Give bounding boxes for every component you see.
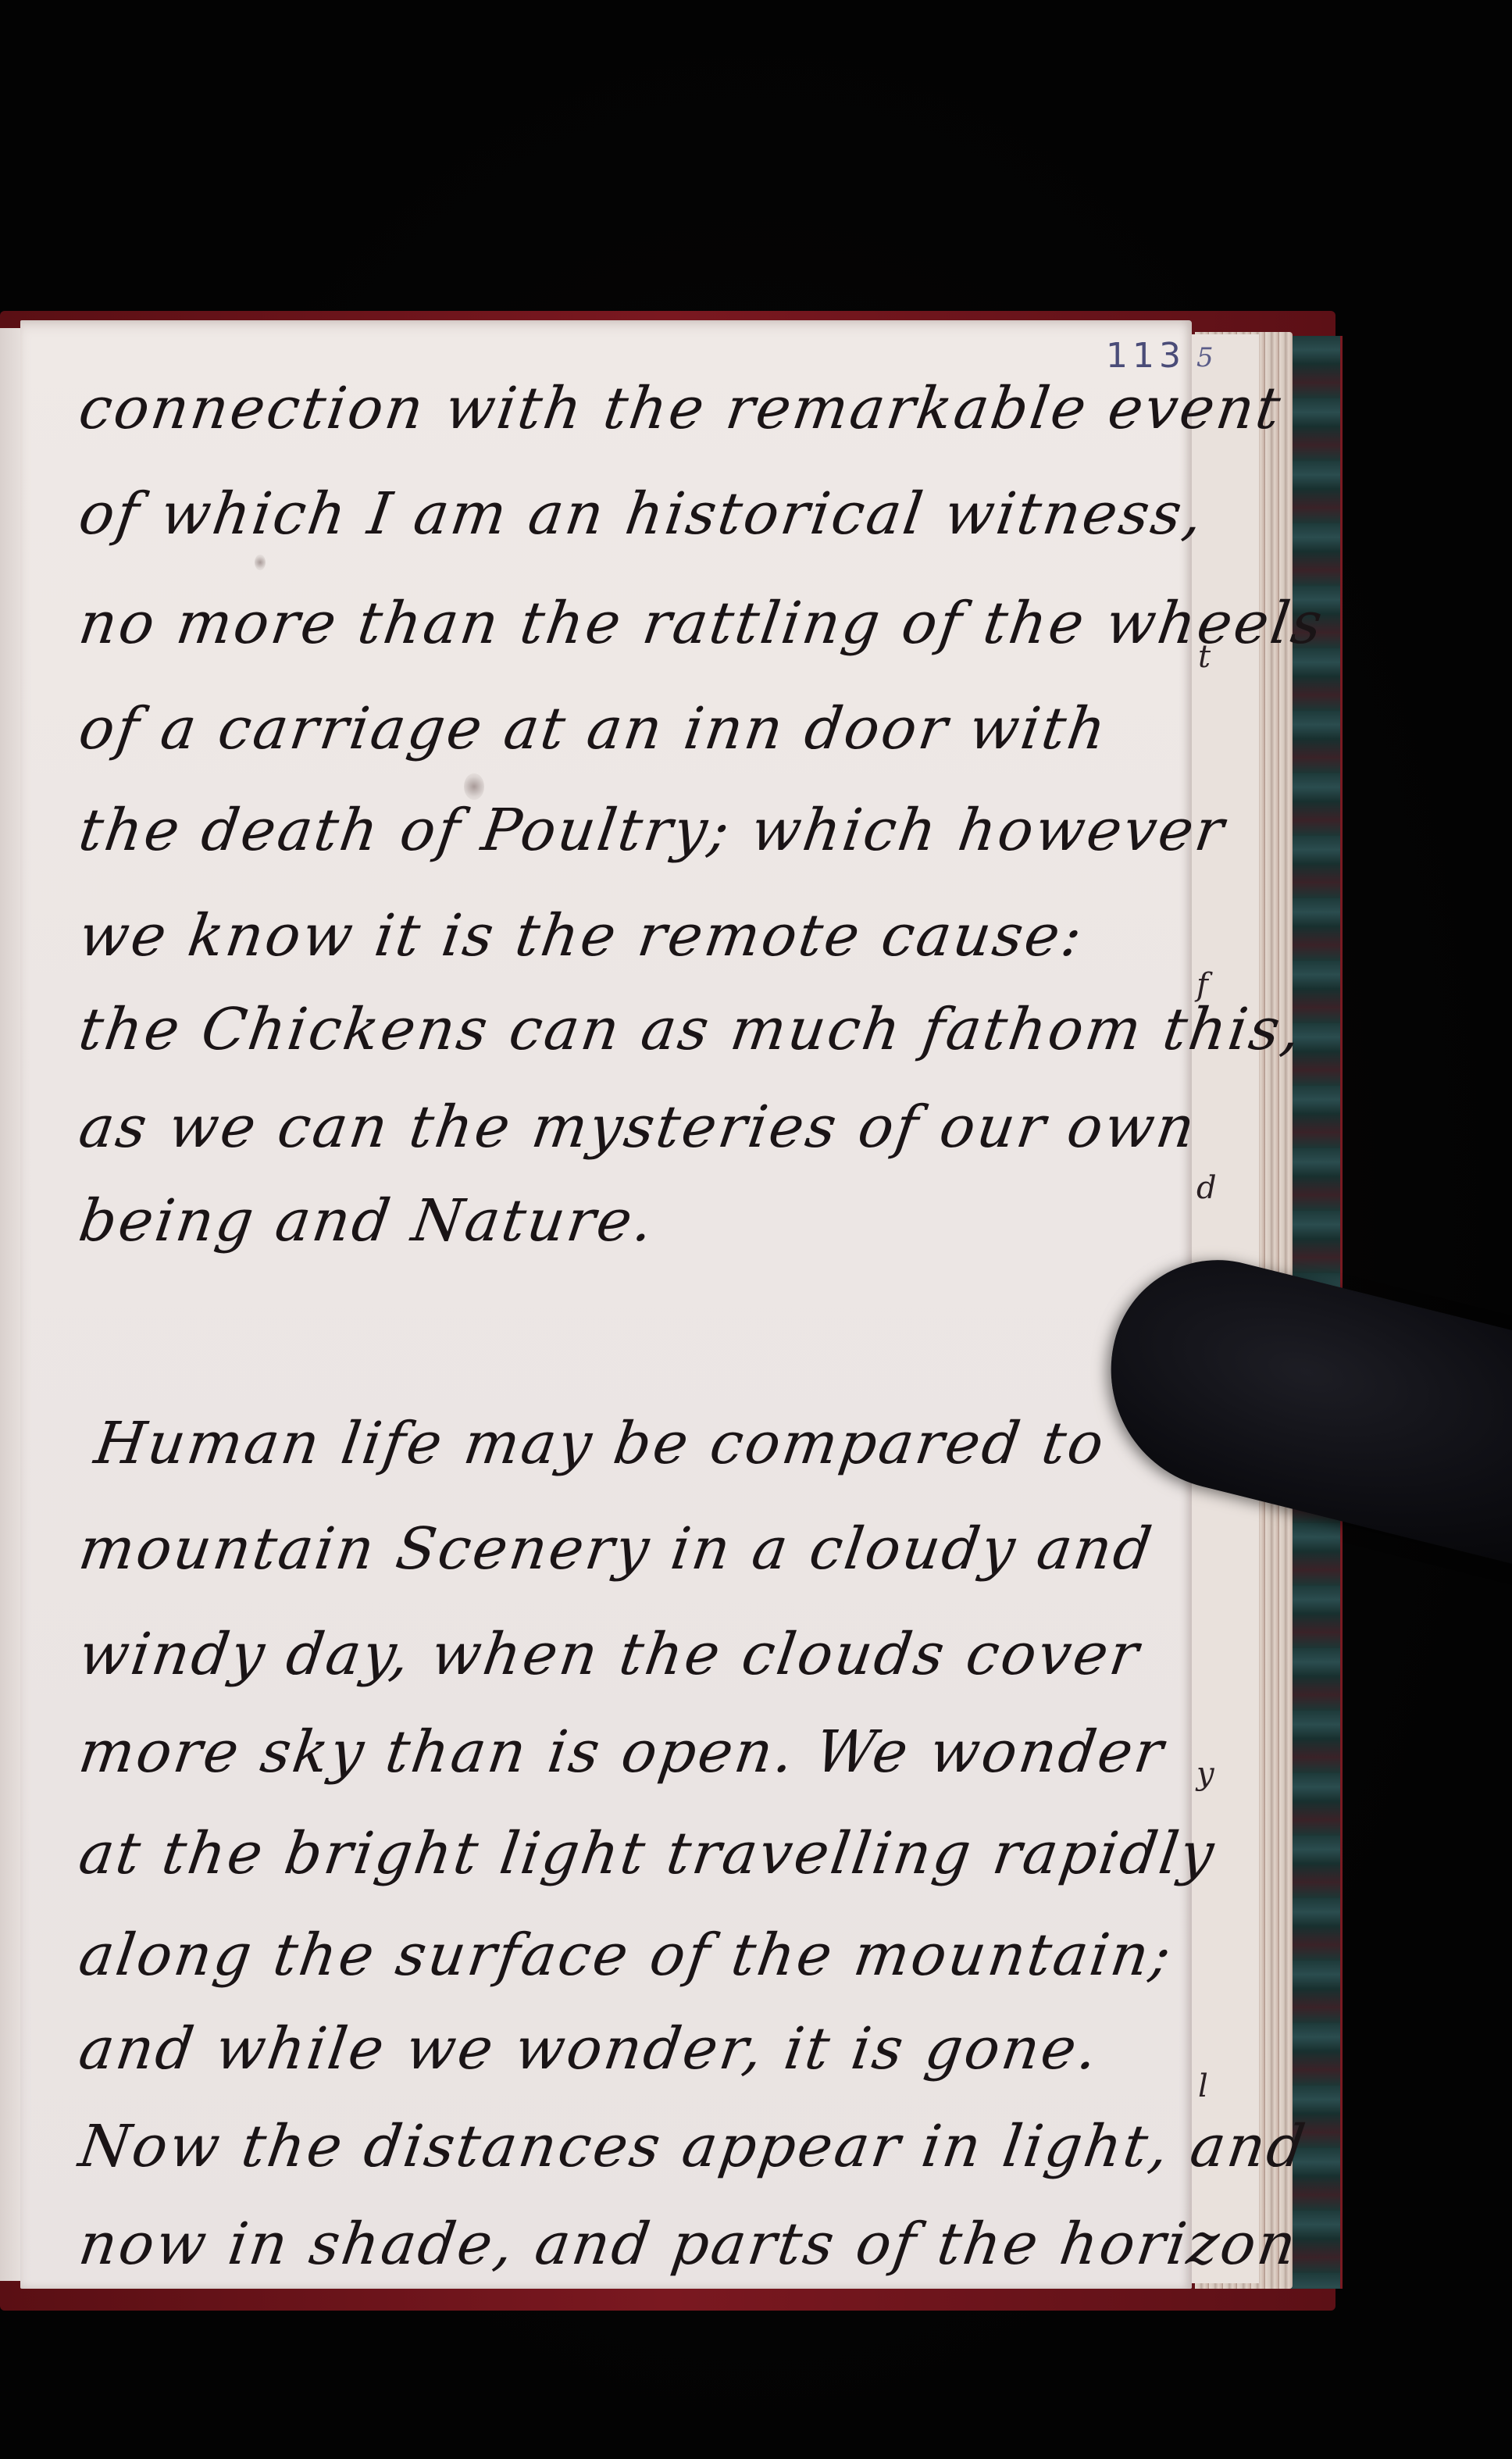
text-line: Human life may be compared to [91, 1410, 1110, 1477]
text-line: the Chickens can as much fathom this, [75, 996, 1307, 1063]
text-line: Now the distances appear in light, and [75, 2113, 1311, 2180]
photo-scene: 5 t f d y l 113 connection with the rema… [0, 0, 1512, 2459]
page-number: 113 [1106, 336, 1186, 376]
text-line: as we can the mysteries of our own [75, 1094, 1201, 1161]
stain-spot [464, 773, 484, 800]
text-line: more sky than is open. We wonder [75, 1718, 1169, 1786]
text-line: the death of Poultry; which however [75, 797, 1230, 864]
text-line: of a carriage at an inn door with [75, 695, 1112, 762]
margin-mark: y [1196, 1756, 1214, 1792]
text-line: of which I am an historical witness, [75, 480, 1209, 548]
margin-mark: l [1198, 2068, 1208, 2104]
ink-spot [255, 555, 266, 570]
text-line: windy day, when the clouds cover [75, 1621, 1145, 1688]
text-line: we know it is the remote cause: [75, 902, 1088, 969]
text-line: no more than the rattling of the wheels [75, 590, 1328, 657]
text-line: being and Nature. [75, 1187, 659, 1254]
text-line: and while we wonder, it is gone. [75, 2015, 1104, 2082]
manuscript-page: 113 connection with the remarkable event… [20, 320, 1192, 2289]
text-line: mountain Scenery in a cloudy and [75, 1515, 1158, 1583]
adjacent-page-mark: 5 [1196, 342, 1214, 373]
text-line: along the surface of the mountain; [75, 1922, 1177, 1989]
text-line: connection with the remarkable event [75, 375, 1286, 442]
margin-mark: d [1196, 1170, 1217, 1206]
text-line: now in shade, and parts of the horizon [75, 2211, 1302, 2278]
left-page-edge [0, 328, 22, 2281]
text-line: at the bright light travelling rapidly [75, 1820, 1220, 1887]
